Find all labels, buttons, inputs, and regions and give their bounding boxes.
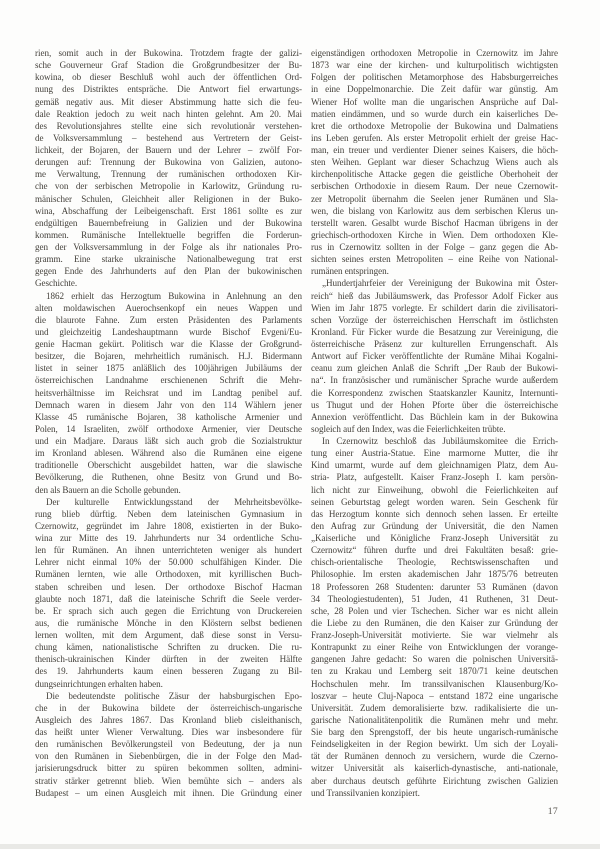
text-line: alten moldawischen Auerochsenkopf ein ne… <box>35 302 302 314</box>
text-line: che in der Bukowina bildete der österrei… <box>35 702 302 714</box>
text-line: reich“ hieß das Jubiläumswerk, das Profe… <box>311 290 558 302</box>
text-line: 18 Professoren 268 Studenten: darunter 5… <box>311 581 558 593</box>
text-line: österreichische Präsenz zur kulturellen … <box>311 338 558 350</box>
page-number: 17 <box>548 806 558 817</box>
text-line: nung des Distriktes entspräche. Die Antw… <box>35 83 302 95</box>
text-line: gen der Volksversammlung in der Folge al… <box>35 241 302 253</box>
text-line: und ein Madjare. Daraus läßt sich auch g… <box>35 435 302 447</box>
text-line: strativ stärker getrennt blieb. Wien bem… <box>35 775 302 787</box>
text-line: Wiener Hof wollte man die ungarischen An… <box>311 96 558 108</box>
text-line: den als Bauern an die Scholle gebunden. <box>35 484 302 496</box>
text-line: Folgen der politischen Metamorphose des … <box>311 71 558 83</box>
text-line: de Volksversammlung – bestehend aus Vert… <box>35 132 302 144</box>
text-line: aus, die rumänische Mönche in den Klöste… <box>35 617 302 629</box>
text-line: heitsverhältnisse im Reichsrat und im La… <box>35 387 302 399</box>
text-line: us Thugut und der Hohen Pforte über die … <box>311 399 558 411</box>
text-line: Wien im Jahr 1875 vorlegte. Er schildert… <box>311 302 558 314</box>
text-line: man, ein treuer und verdienter Diener se… <box>311 144 558 156</box>
text-line: Czernowitz“ führen durfte und drei Fakul… <box>311 544 558 556</box>
text-line: „Kaiserliche und Königliche Franz-Joseph… <box>311 532 558 544</box>
text-line: ins Leben gerufen. Als erster Metropolit… <box>311 132 558 144</box>
text-line: zer Metropolit übernahm die Seelen jener… <box>311 193 558 205</box>
text-line: dale Reaktion jedoch zu weit nach hinten… <box>35 108 302 120</box>
text-line: des Revolutionsjahres stellte eine sich … <box>35 120 302 132</box>
text-line: traditionelle Oberschicht ausgebildet ha… <box>35 459 302 471</box>
text-line: sichten seines ersten Metropoliten – ein… <box>311 253 558 265</box>
text-line: den Aufrag zur Gründung der Universität,… <box>311 520 558 532</box>
text-line: 1873 war eine der kirchen- und kulturpol… <box>311 59 558 71</box>
text-line: das Herzogtum konnte sich dennoch sehen … <box>311 508 558 520</box>
text-line: Franz-Joseph-Universität motivierte. Sie… <box>311 629 558 641</box>
text-line: Annexion veröffentlicht. Das Büchlein ka… <box>311 411 558 423</box>
text-line: lich nicht zur Einweihung, obwohl die Fe… <box>311 484 558 496</box>
text-line: matien eindämmen, und so wurde durch ein… <box>311 108 558 120</box>
paragraph: 1862 erhielt das Herzogtum Bukowina in A… <box>35 290 302 496</box>
paragraph: Der kulturelle Entwicklungsstand der Meh… <box>35 496 302 690</box>
paragraph: Die bedeutendste politische Zäsur der ha… <box>35 690 302 799</box>
text-line: die Liebe zu den Rumänen, die den Kaiser… <box>311 617 558 629</box>
text-line: garische Nationalitätenpolitik die Rumän… <box>311 714 558 726</box>
scan-edge-shadow <box>0 844 600 849</box>
text-line: tät der Rumänen dennoch zu versichern, w… <box>311 750 558 762</box>
text-line: len für Rumänen. An ihnen unterrichteten… <box>35 544 302 556</box>
text-line: sche Gouverneur Graf Stadion die Großgru… <box>35 59 302 71</box>
text-line: Feindseligkeiten in der Region bewirkt. … <box>311 738 558 750</box>
text-line: „Hundertjahrfeier der Vereinigung der Bu… <box>311 277 558 289</box>
text-line: Antwort auf Ficker veröffentlichte der R… <box>311 350 558 362</box>
text-line: rumänen entspringen. <box>311 265 558 277</box>
text-line: besitzer, die Bojaren, mehrheitlich rumä… <box>35 350 302 362</box>
text-line: serbischen Orthodoxie in diesem Raum. De… <box>311 180 558 192</box>
text-line: Philosophie. Im ersten akademischen Jahr… <box>311 568 558 580</box>
text-line: wina, Abschaffung der Leibeigenschaft. E… <box>35 205 302 217</box>
text-line: jarisierungsdruck bitter zu spüren bekom… <box>35 762 302 774</box>
text-line: endgültigen Bauernbefreiung in Galizien … <box>35 217 302 229</box>
text-line: sten Weihen. Geplant war dieser Schachzu… <box>311 156 558 168</box>
text-line: rien, somit auch in der Bukowina. Trotzd… <box>35 47 302 59</box>
text-line: schen Vorzüge der österreichischen Herrs… <box>311 314 558 326</box>
text-line: gramm. Eine starke ukrainische Nationalb… <box>35 253 302 265</box>
text-line: rus in Czernowitz sollten in der Folge –… <box>311 241 558 253</box>
text-line: eigenständigen orthodoxen Metropolie in … <box>311 47 558 59</box>
text-line: im Kronland ablesen. Während also die Ru… <box>35 447 302 459</box>
text-line: genie Hacman gekürt. Politisch war die K… <box>35 338 302 350</box>
text-line: 34 Theologiestudenten), 51 Juden, 41 Rut… <box>311 593 558 605</box>
text-line: loszvar – heute Cluj-Napoca – entstand 1… <box>311 690 558 702</box>
text-line: Der kulturelle Entwicklungsstand der Meh… <box>35 496 302 508</box>
text-line: die Korrespondenz zwischen Staatskanzler… <box>311 387 558 399</box>
text-line: das heißt unter Wiener Verwaltung. Dies … <box>35 726 302 738</box>
text-line: witzer Universität als kaiserlich-dynast… <box>311 762 558 774</box>
text-line: kret die orthodoxe Metropolie der Bukowi… <box>311 120 558 132</box>
text-line: rung blieb dürftig. Neben dem lateinisch… <box>35 508 302 520</box>
text-line: Bevölkerung, die Ruthenen, ohne Besitz v… <box>35 471 302 483</box>
text-line: von den Rumänen in Siebenbürgen, die in … <box>35 750 302 762</box>
text-line: österreichischen Landnahme erschienenen … <box>35 374 302 386</box>
text-line: die blaurote Fahne. Zum ersten Präsident… <box>35 314 302 326</box>
text-line: listet in seiner 1875 anläßlich des 100j… <box>35 362 302 374</box>
text-line: wina zur Mitte des 19. Jahrhunderts nur … <box>35 532 302 544</box>
text-line: stria- Platz, aufgestellt. Kaiser Franz-… <box>311 471 558 483</box>
text-line: 1862 erhielt das Herzogtum Bukowina in A… <box>35 290 302 302</box>
text-line: Universität. Zudem demoralisierte bzw. r… <box>311 702 558 714</box>
text-line: ten zu Krakau und Lemberg seit 1870/71 k… <box>311 665 558 677</box>
text-column-left: rien, somit auch in der Bukowina. Trotzd… <box>35 47 302 799</box>
text-line: me Verwaltung, Trennung der rumänischen … <box>35 168 302 180</box>
text-line: aber durchaus deutsch geführte Eirichtun… <box>311 775 558 787</box>
text-line: kirchenpolitische Attacke gegen die geis… <box>311 168 558 180</box>
text-line: Lehrer nicht einmal 10% der 50.000 schul… <box>35 556 302 568</box>
text-line: mänischer Schulen, Gleichheit aller Reli… <box>35 193 302 205</box>
text-line: thenisch-ukrainischen Kinder dürften in … <box>35 653 302 665</box>
text-line: seinen Geburtstag gelegt worden waren. S… <box>311 496 558 508</box>
text-line: Polen, 14 Israeliten, zwölf orthodoxe Ar… <box>35 423 302 435</box>
text-line: Sie barg den Sprengstoff, der bis heute … <box>311 726 558 738</box>
text-line: sche, 28 Polen und vier Tschechen. Siche… <box>311 605 558 617</box>
text-line: tung einer Austria-Statue. Eine marmorne… <box>311 447 558 459</box>
document-page: rien, somit auch in der Bukowina. Trotzd… <box>0 0 600 849</box>
text-line: wen, die bislang von Karlowitz aus dem s… <box>311 205 558 217</box>
text-line: derungen auf: Trennung der Bukowina von … <box>35 156 302 168</box>
text-line: gegen Ende des Jahrhunderts auf den Plan… <box>35 265 302 277</box>
text-line: gangenen Jahre gedacht: So waren die pol… <box>311 653 558 665</box>
text-line: Czernowitz, gegründet im Jahre 1808, exi… <box>35 520 302 532</box>
text-line: terstellt waren. Gesalbt wurde Bischof H… <box>311 217 558 229</box>
text-line: Rumänen lernten, wie alle Orthodoxen, mi… <box>35 568 302 580</box>
text-line: na“. In französischer und rumänischer Sp… <box>311 374 558 386</box>
text-line: chung kämen, nationalistische Schriften … <box>35 641 302 653</box>
text-line: Demnach waren in diesem Jahr von den 114… <box>35 399 302 411</box>
text-line: Ausgleich des Jahres 1867. Das Kronland … <box>35 714 302 726</box>
paragraph: „Hundertjahrfeier der Vereinigung der Bu… <box>311 277 558 435</box>
text-line: Die bedeutendste politische Zäsur der ha… <box>35 690 302 702</box>
text-column-right: eigenständigen orthodoxen Metropolie in … <box>311 47 558 799</box>
text-line: gemäß negativ aus. Mit dieser Abstimmung… <box>35 96 302 108</box>
text-line: lernen wollten, mit dem Argument, daß di… <box>35 629 302 641</box>
text-line: Kronland. Für Ficker wurde die Besatzung… <box>311 326 558 338</box>
text-line: sogleich auf den Index, was die Feierlic… <box>311 423 558 435</box>
text-line: und Transsilvanien konzipiert. <box>311 787 558 799</box>
paragraph: eigenständigen orthodoxen Metropolie in … <box>311 47 558 277</box>
paragraph: rien, somit auch in der Bukowina. Trotzd… <box>35 47 302 290</box>
text-line: Hochschulen mehr. Im transsilvanischen K… <box>311 678 558 690</box>
text-line: ceanu zum gleichen Anlaß die Schrift „De… <box>311 362 558 374</box>
text-line: und gleichzeitig Landeshauptmann wurde B… <box>35 326 302 338</box>
text-line: des 19. Jahrhunderts kaum einen besseren… <box>35 665 302 677</box>
text-line: staben schreiben und lesen. Der orthodox… <box>35 581 302 593</box>
text-line: chisch-orientalische Theologie, Rechtswi… <box>311 556 558 568</box>
text-line: Klasse 45 rumänische Bojaren, 38 katholi… <box>35 411 302 423</box>
text-line: Geschichte. <box>35 277 302 289</box>
text-line: be. Er sprach sich auch gegen die Errich… <box>35 605 302 617</box>
text-line: den rumänischen Bevölkerungsteil von Bed… <box>35 738 302 750</box>
text-line: glaubte noch 1871, daß die lateinische S… <box>35 593 302 605</box>
text-line: lichkeit, der Bojaren, der Bauern und de… <box>35 144 302 156</box>
text-line: dungseinrichtungen erhalten haben. <box>35 678 302 690</box>
text-line: Kontrapunkt zu einer Reihe von Entwicklu… <box>311 641 558 653</box>
text-line: griechisch-orthodoxen Kirche in Wien. De… <box>311 229 558 241</box>
text-line: che von der serbischen Metropolie in Kar… <box>35 180 302 192</box>
text-line: In Czernowitz beschloß das Jubiläumskomi… <box>311 435 558 447</box>
text-line: in eine Doppelmonarchie. Die Zeit dafür … <box>311 83 558 95</box>
text-line: kommen. Rumänische Intellektuelle begrif… <box>35 229 302 241</box>
text-block: rien, somit auch in der Bukowina. Trotzd… <box>35 47 558 799</box>
text-line: Kind umarmt, wurde auf dem gleichnamigen… <box>311 459 558 471</box>
text-line: kowina, ob dieser Beschluß wohl auch der… <box>35 71 302 83</box>
paragraph: In Czernowitz beschloß das Jubiläumskomi… <box>311 435 558 799</box>
text-line: Budapest – um einen Ausgleich mit ihnen.… <box>35 787 302 799</box>
